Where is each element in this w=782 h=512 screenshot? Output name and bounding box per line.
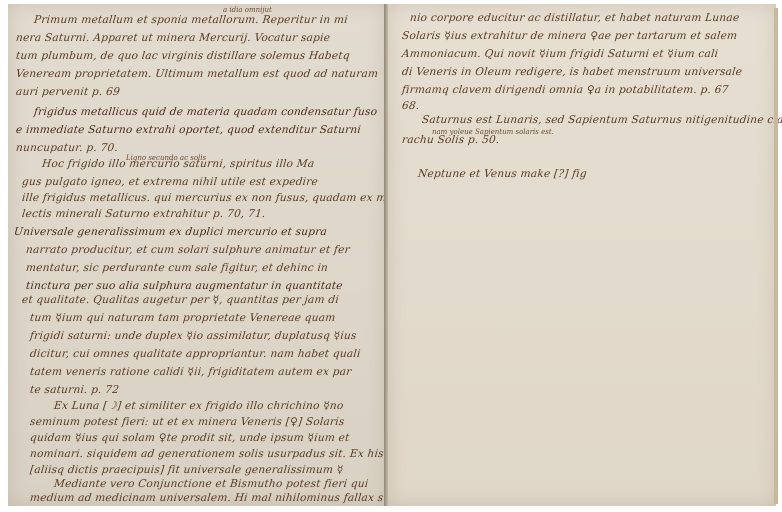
interlinear-note: a idia omnijut bbox=[223, 6, 272, 14]
manuscript-line: Solaris ☿ius extrahitur de minera ♀ae pe… bbox=[401, 30, 738, 42]
manuscript-line: Ex Luna [☽] et similiter ex frigido illo… bbox=[53, 400, 344, 412]
manuscript-line: [aliisq dictis praecipuis] fit universal… bbox=[29, 464, 344, 476]
manuscript-left-page: a idia omnijut Primum metallum et sponia… bbox=[8, 4, 386, 506]
manuscript-line: Hoc frigido illo mercurio saturni, spiri… bbox=[41, 158, 315, 170]
manuscript-line: seminum potest fieri: ut et ex minera Ve… bbox=[29, 416, 345, 428]
manuscript-line: medium ad medicinam universalem. Hi mal … bbox=[29, 492, 397, 504]
manuscript-line: te saturni. p. 72 bbox=[29, 384, 119, 396]
manuscript-line: quidam ☿ius qui solam ♀te prodit sit, un… bbox=[29, 432, 350, 444]
manuscript-line: Ammoniacum. Qui novit ☿ium frigidi Satur… bbox=[401, 48, 718, 60]
manuscript-line: frigidus metallicus quid de materia quad… bbox=[33, 106, 377, 118]
manuscript-line: tum ☿ium qui naturam tam proprietate Ven… bbox=[29, 312, 336, 324]
manuscript-line: frigidi saturni: unde duplex ☿io assimil… bbox=[29, 330, 357, 342]
manuscript-line: gus pulgato igneo, et extrema nihil util… bbox=[21, 176, 318, 188]
manuscript-line: Veneream proprietatem. Ultimum metallum … bbox=[15, 68, 378, 80]
manuscript-line: firmamq clavem dirigendi omnia ♀a in pot… bbox=[401, 84, 729, 96]
manuscript-line: nio corpore educitur ac distillatur, et … bbox=[409, 12, 740, 24]
manuscript-line: dicitur, cui omnes qualitate appropriant… bbox=[29, 348, 361, 360]
manuscript-line: et qualitate. Qualitas augetur per ☿, qu… bbox=[21, 294, 339, 306]
manuscript-line: di Veneris in Oleum redigere, is habet m… bbox=[401, 66, 742, 78]
manuscript-line: Mediante vero Conjunctione et Bismutho p… bbox=[53, 478, 369, 490]
manuscript-line: mentatur, sic perdurante cum sale figitu… bbox=[25, 262, 328, 274]
manuscript-line: Primum metallum et sponia metallorum. Re… bbox=[33, 14, 348, 26]
manuscript-line: 68. bbox=[401, 100, 420, 112]
manuscript-line: Neptune et Venus make [?] fig bbox=[417, 168, 587, 180]
manuscript-line: auri pervenit p. 69 bbox=[15, 86, 120, 98]
manuscript-line: nera Saturni. Apparet ut minera Mercurij… bbox=[15, 32, 330, 44]
manuscript-line: narrato producitur, et cum solari sulphu… bbox=[25, 244, 350, 256]
manuscript-line: nuncupatur. p. 70. bbox=[15, 142, 118, 154]
manuscript-right-page: nio corpore educitur ac distillatur, et … bbox=[388, 4, 776, 506]
manuscript-line: ille frigidus metallicus. qui mercurius … bbox=[21, 192, 390, 204]
page-edge bbox=[774, 8, 778, 504]
manuscript-line: tum plumbum, de quo lac virginis distill… bbox=[15, 50, 350, 62]
right-page-text: nio corpore educitur ac distillatur, et … bbox=[388, 4, 776, 506]
manuscript-line: lectis minerali Saturno extrahitur p. 70… bbox=[21, 208, 266, 220]
manuscript-line: e immediate Saturno extrahi oportet, quo… bbox=[15, 124, 361, 136]
manuscript-line: nominari. siquidem ad generationem solis… bbox=[29, 448, 384, 460]
manuscript-line: tatem veneris ratione calidi ☿ii, frigid… bbox=[29, 366, 352, 378]
manuscript-line: Saturnus est Lunaris, sed Sapientum Satu… bbox=[421, 114, 782, 126]
left-page-text: a idia omnijut Primum metallum et sponia… bbox=[8, 4, 386, 506]
manuscript-line: Universale generalissimum ex duplici mer… bbox=[13, 226, 327, 238]
manuscript-line: rachu Solis p. 50. bbox=[401, 134, 500, 146]
manuscript-line: tinctura per suo alia sulphura augmentat… bbox=[25, 280, 343, 292]
